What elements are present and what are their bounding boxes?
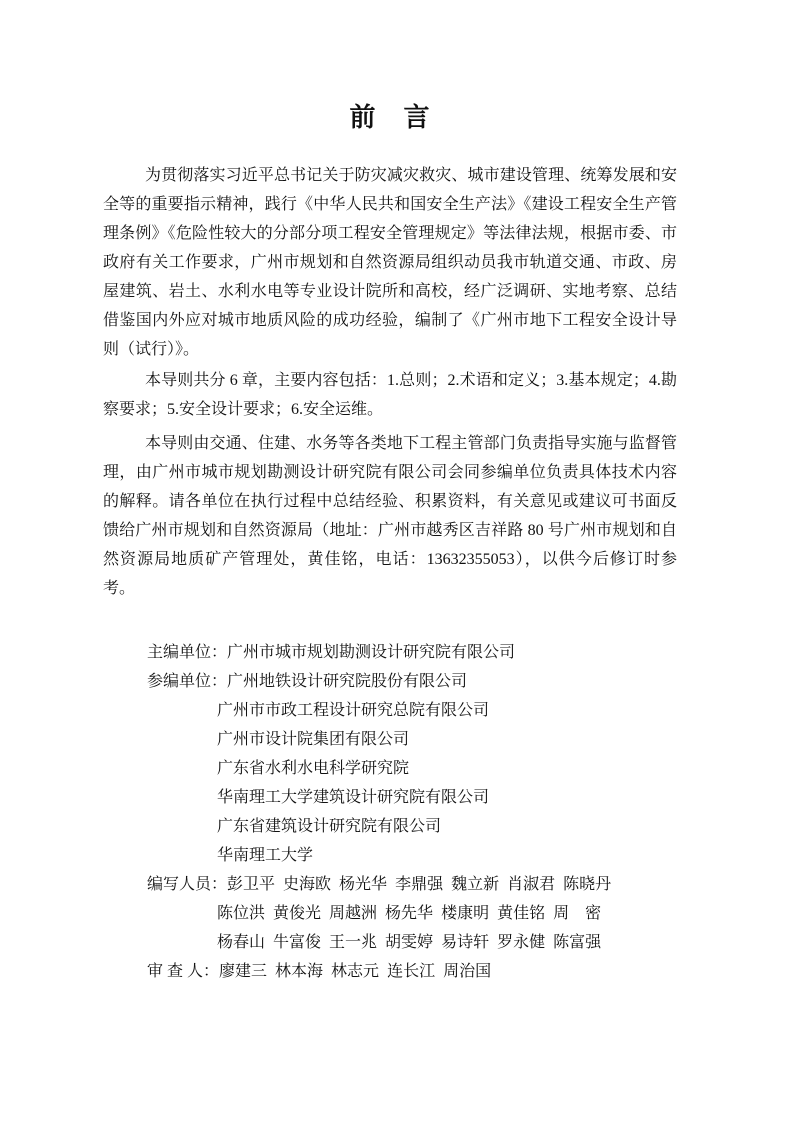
writer-name: 罗永健: [497, 928, 545, 957]
reviewer-name: 周治国: [443, 957, 491, 986]
writer-name: 史海欧: [283, 870, 331, 899]
writer-name: 陈富强: [553, 928, 601, 957]
writer-name: 胡雯婷: [385, 928, 433, 957]
writer-name: 黄俊光: [273, 899, 321, 928]
chief-editor-label: 主编单位：: [147, 638, 227, 667]
co-editor-unit: 广州市市政工程设计研究总院有限公司: [217, 696, 489, 725]
writer-name: 楼康明: [441, 899, 489, 928]
reviewer-name: 林本海: [275, 957, 323, 986]
paragraph-1: 为贯彻落实习近平总书记关于防灾减灾救灾、城市建设管理、统筹发展和安全等的重要指示…: [103, 161, 677, 364]
page-content: 前 言 为贯彻落实习近平总书记关于防灾减灾救灾、城市建设管理、统筹发展和安全等的…: [103, 0, 677, 986]
co-editor-unit: 华南理工大学建筑设计研究院有限公司: [217, 783, 489, 812]
co-editor-unit: 华南理工大学: [217, 841, 313, 870]
writer-name: 陈位洪: [217, 899, 265, 928]
chief-editor-unit: 广州市城市规划勘测设计研究院有限公司: [227, 638, 515, 667]
writer-name: 杨春山: [217, 928, 265, 957]
writer-name: 李鼎强: [395, 870, 443, 899]
reviewer-name: 林志元: [331, 957, 379, 986]
paragraph-2: 本导则共分 6 章，主要内容包括：1.总则；2.术语和定义；3.基本规定；4.勘…: [103, 366, 677, 424]
writers-row: 陈位洪 黄俊光 周越洲 杨先华 楼康明 黄佳铭 周 密: [147, 899, 677, 928]
body-paragraphs: 为贯彻落实习近平总书记关于防灾减灾救灾、城市建设管理、统筹发展和安全等的重要指示…: [103, 161, 677, 603]
co-editor-row: 参编单位： 广州地铁设计研究院股份有限公司: [147, 667, 677, 696]
co-editor-unit: 广东省建筑设计研究院有限公司: [217, 812, 441, 841]
writer-name: 肖淑君: [507, 870, 555, 899]
co-editor-row: 广州市设计院集团有限公司: [147, 725, 677, 754]
credits-block: 主编单位： 广州市城市规划勘测设计研究院有限公司 参编单位： 广州地铁设计研究院…: [147, 638, 677, 986]
writer-name: 周 密: [553, 899, 601, 928]
writer-name: 魏立新: [451, 870, 499, 899]
co-editor-row: 广东省建筑设计研究院有限公司: [147, 812, 677, 841]
reviewer-name: 廖建三: [219, 957, 267, 986]
reviewer-name: 连长江: [387, 957, 435, 986]
writers-row: 编写人员： 彭卫平 史海欧 杨光华 李鼎强 魏立新 肖淑君 陈晓丹: [147, 870, 677, 899]
co-editor-row: 华南理工大学建筑设计研究院有限公司: [147, 783, 677, 812]
co-editor-label: 参编单位：: [147, 667, 227, 696]
writer-name: 牛富俊: [273, 928, 321, 957]
co-editor-unit: 广东省水利水电科学研究院: [217, 754, 409, 783]
writers-row: 杨春山 牛富俊 王一兆 胡雯婷 易诗轩 罗永健 陈富强: [147, 928, 677, 957]
chief-editor-row: 主编单位： 广州市城市规划勘测设计研究院有限公司: [147, 638, 677, 667]
co-editor-unit: 广州市设计院集团有限公司: [217, 725, 409, 754]
writer-name: 杨先华: [385, 899, 433, 928]
writer-name: 彭卫平: [227, 870, 275, 899]
co-editor-row: 广州市市政工程设计研究总院有限公司: [147, 696, 677, 725]
co-editor-row: 广东省水利水电科学研究院: [147, 754, 677, 783]
document-page: 前 言 为贯彻落实习近平总书记关于防灾减灾救灾、城市建设管理、统筹发展和安全等的…: [0, 0, 800, 1132]
reviewers-label: 审 查 人：: [147, 957, 219, 986]
reviewers-row: 审 查 人： 廖建三 林本海 林志元 连长江 周治国: [147, 957, 677, 986]
writer-name: 周越洲: [329, 899, 377, 928]
page-title: 前 言: [103, 100, 677, 134]
writer-name: 杨光华: [339, 870, 387, 899]
writer-name: 易诗轩: [441, 928, 489, 957]
writers-label: 编写人员：: [147, 870, 227, 899]
writer-name: 陈晓丹: [563, 870, 611, 899]
writer-name: 王一兆: [329, 928, 377, 957]
writer-name: 黄佳铭: [497, 899, 545, 928]
paragraph-3: 本导则由交通、住建、水务等各类地下工程主管部门负责指导实施与监督管理，由广州市城…: [103, 429, 677, 603]
co-editor-row: 华南理工大学: [147, 841, 677, 870]
co-editor-unit: 广州地铁设计研究院股份有限公司: [227, 667, 467, 696]
